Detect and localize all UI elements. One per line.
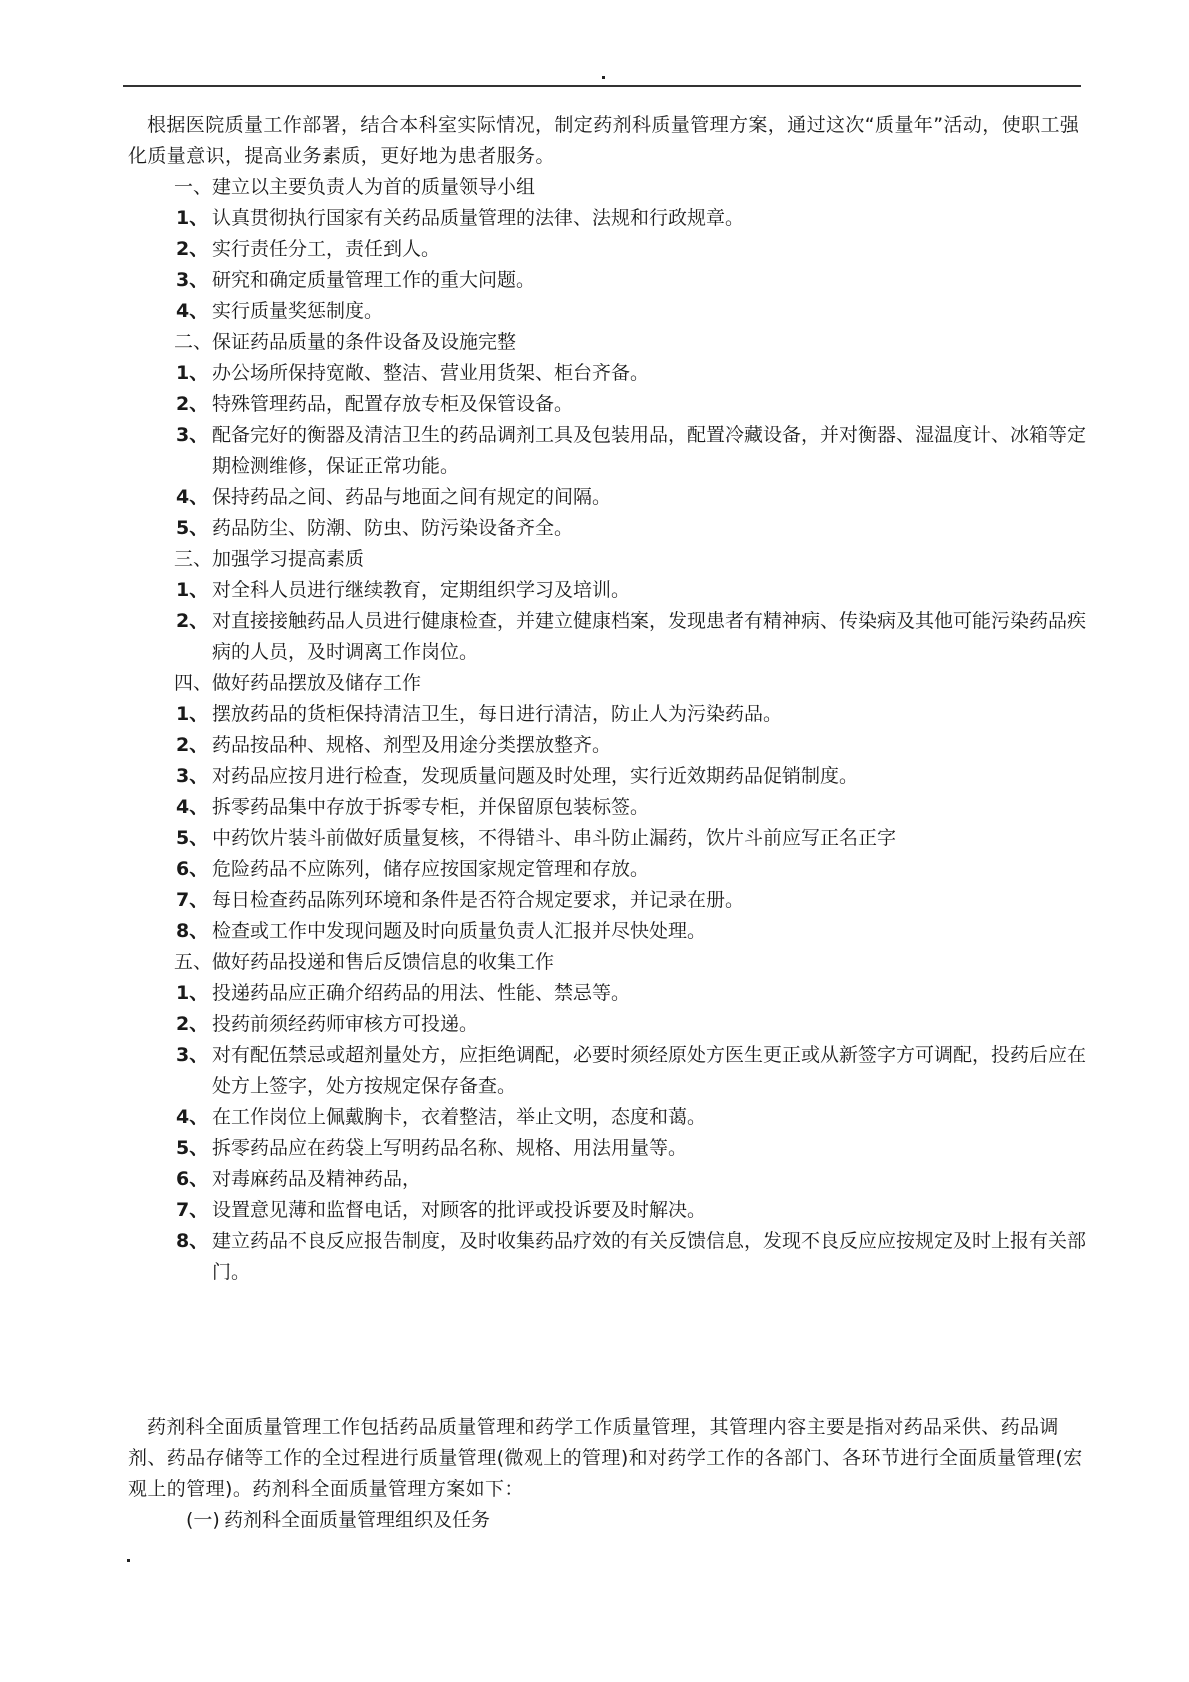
item-text: 危险药品不应陈列，储存应按国家规定管理和存放。 — [212, 858, 649, 880]
item-number: 4、 — [176, 296, 212, 327]
item-text: 对全科人员进行继续教育，定期组织学习及培训。 — [212, 579, 630, 601]
item-text: 配备完好的衡器及清洁卫生的药品调剂工具及包装用品，配置冷藏设备，并对衡器、湿温度… — [212, 424, 1086, 477]
list-item: 2、药品按品种、规格、剂型及用途分类摆放整齐。 — [128, 730, 1088, 761]
list-item: 7、设置意见薄和监督电话，对顾客的批评或投诉要及时解决。 — [128, 1195, 1088, 1226]
list-item: 5、拆零药品应在药袋上写明药品名称、规格、用法用量等。 — [128, 1133, 1088, 1164]
sub-heading-text: 药剂科全面质量管理组织及任务 — [224, 1509, 490, 1531]
item-text: 办公场所保持宽敞、整洁、营业用货架、柜台齐备。 — [212, 362, 649, 384]
item-text: 药品防尘、防潮、防虫、防污染设备齐全。 — [212, 517, 573, 539]
item-text: 投递药品应正确介绍药品的用法、性能、禁忌等。 — [212, 982, 630, 1004]
item-number: 3、 — [176, 761, 212, 792]
second-part-paragraph: 药剂科全面质量管理工作包括药品质量管理和药学工作质量管理，其管理内容主要是指对药… — [128, 1412, 1088, 1505]
list-item: 3、对药品应按月进行检查，发现质量问题及时处理，实行近效期药品促销制度。 — [128, 761, 1088, 792]
item-text: 拆零药品集中存放于拆零专柜，并保留原包装标签。 — [212, 796, 649, 818]
item-text: 对直接接触药品人员进行健康检查，并建立健康档案，发现患者有精神病、传染病及其他可… — [212, 610, 1086, 663]
item-number: 5、 — [176, 513, 212, 544]
item-number: 2、 — [176, 606, 212, 637]
item-number: 4、 — [176, 792, 212, 823]
sub-heading-number: (一) — [186, 1505, 224, 1536]
list-item: 5、药品防尘、防潮、防虫、防污染设备齐全。 — [128, 513, 1088, 544]
item-number: 1、 — [176, 203, 212, 234]
item-number: 2、 — [176, 730, 212, 761]
document-body: 根据医院质量工作部署，结合本科室实际情况，制定药剂科质量管理方案，通过这次“质量… — [128, 110, 1088, 1536]
section-heading: 三、加强学习提高素质 — [128, 544, 1088, 575]
list-item: 3、配备完好的衡器及清洁卫生的药品调剂工具及包装用品，配置冷藏设备，并对衡器、湿… — [128, 420, 1088, 482]
list-item: 2、实行责任分工，责任到人。 — [128, 234, 1088, 265]
list-item: 2、投药前须经药师审核方可投递。 — [128, 1009, 1088, 1040]
list-item: 2、特殊管理药品，配置存放专柜及保管设备。 — [128, 389, 1088, 420]
list-item: 1、摆放药品的货柜保持清洁卫生，每日进行清洁，防止人为污染药品。 — [128, 699, 1088, 730]
footer-mark — [127, 1559, 130, 1562]
item-number: 3、 — [176, 265, 212, 296]
item-number: 1、 — [176, 699, 212, 730]
list-item: 5、中药饮片装斗前做好质量复核，不得错斗、串斗防止漏药，饮片斗前应写正名正字 — [128, 823, 1088, 854]
item-number: 3、 — [176, 420, 212, 451]
item-number: 6、 — [176, 1164, 212, 1195]
item-text: 药品按品种、规格、剂型及用途分类摆放整齐。 — [212, 734, 611, 756]
item-number: 4、 — [176, 1102, 212, 1133]
item-number: 2、 — [176, 234, 212, 265]
item-text: 保持药品之间、药品与地面之间有规定的间隔。 — [212, 486, 611, 508]
list-item: 4、实行质量奖惩制度。 — [128, 296, 1088, 327]
item-number: 2、 — [176, 1009, 212, 1040]
item-number: 4、 — [176, 482, 212, 513]
list-item: 3、研究和确定质量管理工作的重大问题。 — [128, 265, 1088, 296]
section-heading: 四、做好药品摆放及储存工作 — [128, 668, 1088, 699]
item-text: 在工作岗位上佩戴胸卡，衣着整洁，举止文明，态度和蔼。 — [212, 1106, 706, 1128]
list-item: 8、建立药品不良反应报告制度，及时收集药品疗效的有关反馈信息，发现不良反应应按规… — [128, 1226, 1088, 1288]
intro-paragraph: 根据医院质量工作部署，结合本科室实际情况，制定药剂科质量管理方案，通过这次“质量… — [128, 110, 1088, 172]
item-text: 投药前须经药师审核方可投递。 — [212, 1013, 478, 1035]
item-text: 对毒麻药品及精神药品， — [212, 1168, 421, 1190]
item-text: 特殊管理药品，配置存放专柜及保管设备。 — [212, 393, 573, 415]
section-heading: 一、建立以主要负责人为首的质量领导小组 — [128, 172, 1088, 203]
item-text: 设置意见薄和监督电话，对顾客的批评或投诉要及时解决。 — [212, 1199, 706, 1221]
list-item: 1、办公场所保持宽敞、整洁、营业用货架、柜台齐备。 — [128, 358, 1088, 389]
item-text: 中药饮片装斗前做好质量复核，不得错斗、串斗防止漏药，饮片斗前应写正名正字 — [212, 827, 896, 849]
item-text: 摆放药品的货柜保持清洁卫生，每日进行清洁，防止人为污染药品。 — [212, 703, 782, 725]
item-number: 8、 — [176, 1226, 212, 1257]
section-heading: 二、保证药品质量的条件设备及设施完整 — [128, 327, 1088, 358]
item-text: 每日检查药品陈列环境和条件是否符合规定要求，并记录在册。 — [212, 889, 744, 911]
list-item: 3、对有配伍禁忌或超剂量处方，应拒绝调配，必要时须经原处方医生更正或从新签字方可… — [128, 1040, 1088, 1102]
item-text: 对有配伍禁忌或超剂量处方，应拒绝调配，必要时须经原处方医生更正或从新签字方可调配… — [212, 1044, 1086, 1097]
document-page: 根据医院质量工作部署，结合本科室实际情况，制定药剂科质量管理方案，通过这次“质量… — [0, 0, 1189, 1682]
list-item: 6、危险药品不应陈列，储存应按国家规定管理和存放。 — [128, 854, 1088, 885]
sub-heading: (一)药剂科全面质量管理组织及任务 — [128, 1505, 1088, 1536]
item-number: 2、 — [176, 389, 212, 420]
item-text: 实行质量奖惩制度。 — [212, 300, 383, 322]
item-number: 5、 — [176, 823, 212, 854]
list-item: 1、对全科人员进行继续教育，定期组织学习及培训。 — [128, 575, 1088, 606]
item-number: 8、 — [176, 916, 212, 947]
item-number: 3、 — [176, 1040, 212, 1071]
blank-space — [128, 1288, 1088, 1412]
item-text: 拆零药品应在药袋上写明药品名称、规格、用法用量等。 — [212, 1137, 687, 1159]
item-text: 实行责任分工，责任到人。 — [212, 238, 440, 260]
item-text: 对药品应按月进行检查，发现质量问题及时处理，实行近效期药品促销制度。 — [212, 765, 858, 787]
list-item: 4、在工作岗位上佩戴胸卡，衣着整洁，举止文明，态度和蔼。 — [128, 1102, 1088, 1133]
list-item: 4、保持药品之间、药品与地面之间有规定的间隔。 — [128, 482, 1088, 513]
item-text: 研究和确定质量管理工作的重大问题。 — [212, 269, 535, 291]
list-item: 2、对直接接触药品人员进行健康检查，并建立健康档案，发现患者有精神病、传染病及其… — [128, 606, 1088, 668]
item-text: 检查或工作中发现问题及时向质量负责人汇报并尽快处理。 — [212, 920, 706, 942]
header-rule — [123, 85, 1081, 87]
list-item: 7、每日检查药品陈列环境和条件是否符合规定要求，并记录在册。 — [128, 885, 1088, 916]
section-heading: 五、做好药品投递和售后反馈信息的收集工作 — [128, 947, 1088, 978]
list-item: 4、拆零药品集中存放于拆零专柜，并保留原包装标签。 — [128, 792, 1088, 823]
item-number: 1、 — [176, 358, 212, 389]
item-text: 建立药品不良反应报告制度，及时收集药品疗效的有关反馈信息，发现不良反应应按规定及… — [212, 1230, 1086, 1283]
list-item: 1、投递药品应正确介绍药品的用法、性能、禁忌等。 — [128, 978, 1088, 1009]
item-number: 5、 — [176, 1133, 212, 1164]
list-item: 6、对毒麻药品及精神药品， — [128, 1164, 1088, 1195]
item-number: 7、 — [176, 1195, 212, 1226]
header-mark — [602, 76, 605, 79]
list-item: 8、检查或工作中发现问题及时向质量负责人汇报并尽快处理。 — [128, 916, 1088, 947]
item-number: 1、 — [176, 978, 212, 1009]
list-item: 1、认真贯彻执行国家有关药品质量管理的法律、法规和行政规章。 — [128, 203, 1088, 234]
item-number: 6、 — [176, 854, 212, 885]
item-number: 1、 — [176, 575, 212, 606]
item-text: 认真贯彻执行国家有关药品质量管理的法律、法规和行政规章。 — [212, 207, 744, 229]
item-number: 7、 — [176, 885, 212, 916]
